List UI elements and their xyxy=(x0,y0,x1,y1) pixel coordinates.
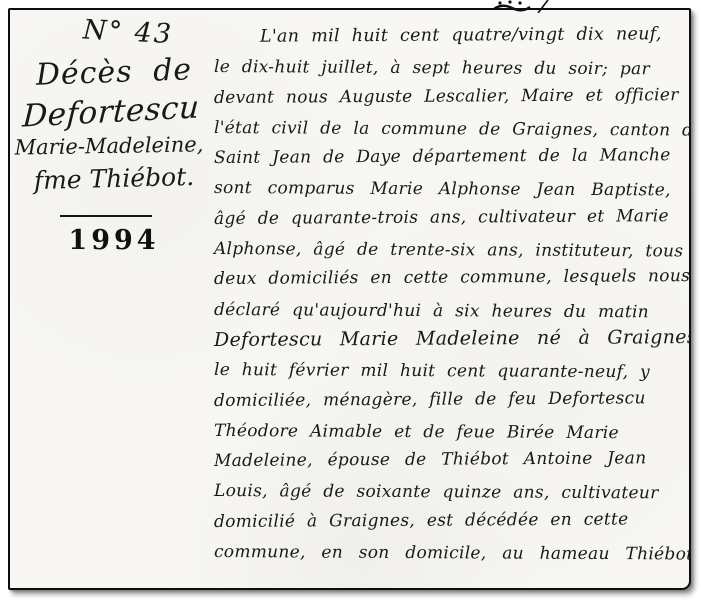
act-line: Defortescu Marie Madeleine né à Graignes xyxy=(214,322,691,355)
act-body-text: L'an mil huit cent quatre/vingt dix neuf… xyxy=(214,22,691,567)
act-line: commune, en son domicile, au hameau Thié… xyxy=(214,537,691,570)
margin-spouse-name: fme Thiébot. xyxy=(16,161,213,195)
year-stamp: 1994 xyxy=(16,225,212,256)
deces-de-label: Décès de xyxy=(15,52,212,94)
act-line: L'an mil huit cent quatre/vingt dix neuf… xyxy=(214,19,691,52)
act-line: Saint Jean de Daye département de la Man… xyxy=(214,140,691,173)
margin-deceased-surname: Defortescu xyxy=(9,89,213,136)
act-line: deux domiciliés en cette commune, lesque… xyxy=(214,261,691,294)
cutoff-ink-marks xyxy=(492,0,554,13)
act-line: domiciliée, ménagère, fille de feu Defor… xyxy=(214,383,691,416)
margin-deceased-given-names: Marie-Madeleine, xyxy=(8,132,212,160)
act-line: Madeleine, épouse de Thiébot Antoine Jea… xyxy=(214,443,691,476)
act-number: N° 43 xyxy=(15,11,212,52)
scanned-death-record: N° 43 Décès de Defortescu Marie-Madelein… xyxy=(0,0,701,602)
act-line: domicilié à Graignes, est décédée en cet… xyxy=(214,504,691,537)
margin-divider-line xyxy=(60,215,152,217)
document-scan-page: N° 43 Décès de Defortescu Marie-Madelein… xyxy=(8,8,691,590)
act-line: âgé de quarante-trois ans, cultivateur e… xyxy=(214,201,691,234)
margin-annotations: N° 43 Décès de Defortescu Marie-Madelein… xyxy=(16,16,212,256)
act-line: devant nous Auguste Lescalier, Maire et … xyxy=(214,80,691,113)
